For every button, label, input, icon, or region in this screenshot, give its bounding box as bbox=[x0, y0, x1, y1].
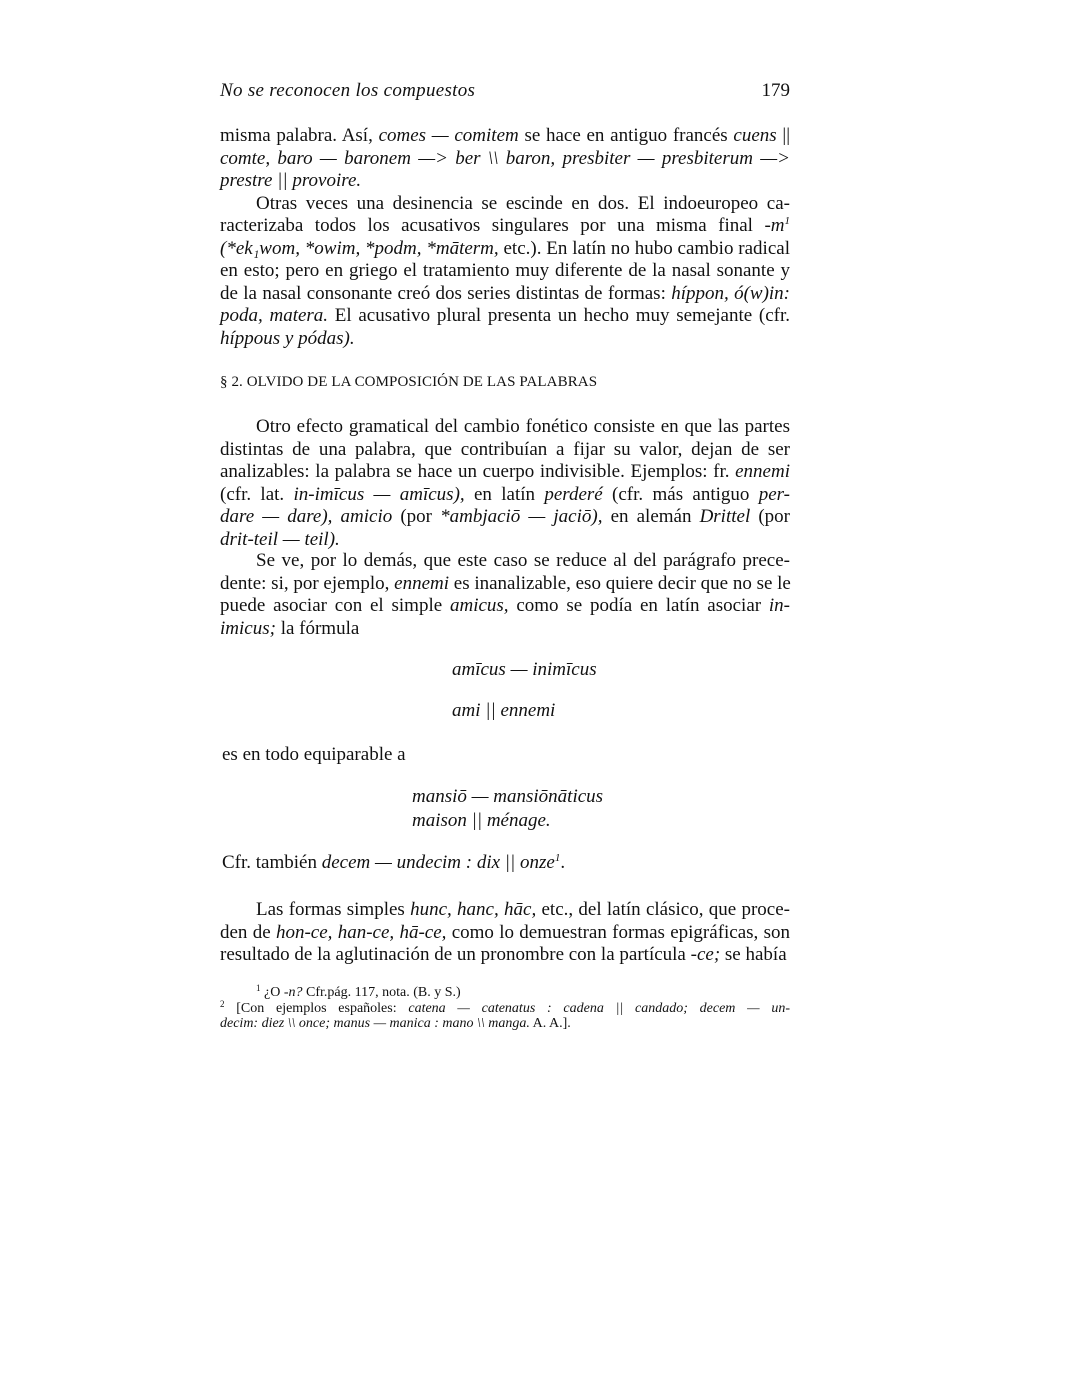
italic-run: Drittel bbox=[700, 506, 751, 527]
italic-run: drit-teil — teil). bbox=[220, 529, 340, 550]
text-line: Otras veces una desinencia se escinde en… bbox=[220, 193, 790, 216]
text-run[interactable]: A. A.]. bbox=[530, 1016, 571, 1031]
text-run[interactable]: en alemán bbox=[602, 506, 699, 527]
text-run[interactable]: (por bbox=[750, 506, 790, 527]
text-line: Las formas simples hunc, hanc, hāc, etc.… bbox=[220, 899, 790, 922]
text-line: poda, matera. El acusativo plural presen… bbox=[220, 305, 790, 328]
text-run[interactable]: como lo demuestran formas epigráficas, s… bbox=[446, 922, 790, 943]
paragraph-desinencia: Otras veces una desinencia se escinde en… bbox=[220, 193, 790, 351]
text-line: dente: si, por ejemplo, ennemi es inanal… bbox=[220, 573, 790, 596]
cfr-prefix: Cfr. también bbox=[222, 852, 322, 873]
formula-mansio-line-1: mansiō — mansiōnāticus bbox=[412, 786, 603, 808]
text-run[interactable]: misma palabra. Así, bbox=[220, 125, 379, 146]
text-line: puede asociar con el simple amicus, como… bbox=[220, 595, 790, 618]
text-run[interactable]: es inanalizable, eso quiere decir que no… bbox=[449, 573, 791, 594]
italic-run: in- bbox=[769, 595, 790, 616]
italic-run: poda, matera. bbox=[220, 305, 328, 326]
text-run[interactable]: || bbox=[777, 125, 790, 146]
text-run[interactable]: Cfr.pág. 117, nota. (B. y S.) bbox=[303, 985, 461, 1000]
text-line: dare — dare), amicio (por *ambjaciō — ja… bbox=[220, 506, 790, 529]
text-run[interactable]: en latín bbox=[465, 484, 545, 505]
paragraph-continued: misma palabra. Así, comes — comitem se h… bbox=[220, 125, 790, 193]
running-head-title: No se reconocen los compuestos bbox=[220, 80, 475, 102]
italic-run: híppon, ó(w)in: bbox=[671, 283, 790, 304]
italic-run: cuens bbox=[733, 125, 776, 146]
running-head: No se reconocen los compuestos 179 bbox=[220, 80, 790, 106]
italic-run: catena — catenatus : cadena || candado; … bbox=[408, 1001, 790, 1016]
italic-run: perderé bbox=[544, 484, 602, 505]
footnotes: 1 ¿O -n? Cfr.pág. 117, nota. (B. y S.) 2… bbox=[220, 985, 790, 1032]
text-run[interactable]: se hace en antiguo francés bbox=[519, 125, 734, 146]
italic-run: ennemi bbox=[394, 573, 449, 594]
italic-run: hunc, hanc, hāc, bbox=[410, 899, 536, 920]
section-heading: § 2. OLVIDO DE LA COMPOSICIÓN DE LAS PAL… bbox=[220, 374, 597, 391]
text-line: (*ek₁wom, *owim, *podm, *māterm, etc.). … bbox=[220, 238, 790, 261]
text-run[interactable]: racterizaba todos los acusativos singula… bbox=[220, 215, 764, 236]
formula-amicus-line-2: ami || ennemi bbox=[452, 700, 555, 722]
text-run[interactable]: analizables: la palabra se hace un cuerp… bbox=[220, 461, 735, 482]
text-run[interactable]: etc.). En latín no hubo cambio radical bbox=[499, 238, 790, 259]
italic-run: hon-ce, han-ce, hā-ce, bbox=[276, 922, 446, 943]
footnote-1: 1 ¿O -n? Cfr.pág. 117, nota. (B. y S.) bbox=[220, 985, 790, 1001]
text-line: resultado de la aglutinación de un prono… bbox=[220, 944, 790, 967]
text-run[interactable]: como se podía en latín asociar bbox=[509, 595, 769, 616]
italic-run: prestre || provoire. bbox=[220, 170, 361, 191]
italic-run: per- bbox=[759, 484, 790, 505]
cfr-line: Cfr. también decem — undecim : dix || on… bbox=[222, 852, 565, 874]
paragraph-efecto-gramatical: Otro efecto gramatical del cambio fonéti… bbox=[220, 416, 790, 551]
italic-run: (*ek₁wom, *owim, *podm, *māterm, bbox=[220, 238, 499, 259]
text-line: prestre || provoire. bbox=[220, 170, 790, 193]
text-run[interactable]: Se ve, por lo demás, que este caso se re… bbox=[256, 550, 790, 571]
text-line: Otro efecto gramatical del cambio fonéti… bbox=[220, 416, 790, 439]
text-line: de la nasal consonante creó dos series d… bbox=[220, 283, 790, 306]
text-line: Se ve, por lo demás, que este caso se re… bbox=[220, 550, 790, 573]
footnote-mark: 1 bbox=[256, 983, 261, 993]
italic-run: dare — dare), amicio bbox=[220, 506, 392, 527]
text-run[interactable]: [Con ejemplos españoles: bbox=[236, 1001, 408, 1016]
formula-amicus-line-1: amīcus — inimīcus bbox=[452, 659, 597, 681]
italic-run: híppous y pódas). bbox=[220, 328, 355, 349]
italic-run: comes — comitem bbox=[379, 125, 519, 146]
italic-run: ennemi bbox=[735, 461, 790, 482]
text-line: comte, baro — baronem —> ber \\ baron, p… bbox=[220, 148, 790, 171]
text-run[interactable]: Otro efecto gramatical del cambio fonéti… bbox=[256, 416, 790, 437]
italic-run: comte, baro — baronem —> ber \\ baron, p… bbox=[220, 148, 790, 169]
footnote-mark: 2 bbox=[220, 999, 225, 1009]
text-run[interactable]: El acusativo plural presenta un hecho mu… bbox=[328, 305, 790, 326]
equiparable-text: es en todo equiparable a bbox=[222, 744, 406, 766]
italic-run: amicus, bbox=[450, 595, 509, 616]
footnote-ref[interactable]: 1 bbox=[785, 215, 791, 227]
text-run[interactable]: Las formas simples bbox=[256, 899, 410, 920]
text-line: analizables: la palabra se hace un cuerp… bbox=[220, 461, 790, 484]
text-run[interactable]: Otras veces una desinencia se escinde en… bbox=[256, 193, 790, 214]
italic-run: in-imīcus — amīcus), bbox=[294, 484, 465, 505]
text-run[interactable]: etc., del latín clásico, que proce- bbox=[536, 899, 790, 920]
text-run[interactable]: (por bbox=[392, 506, 440, 527]
cfr-suffix: . bbox=[560, 852, 565, 873]
footnote-line: decim: diez \\ once; manus — manica : ma… bbox=[220, 1016, 790, 1032]
text-run[interactable]: distintas de una palabra, que contribuía… bbox=[220, 439, 790, 460]
italic-run: *ambjaciō — jaciō), bbox=[440, 506, 602, 527]
text-run[interactable]: de la nasal consonante creó dos series d… bbox=[220, 283, 671, 304]
text-run[interactable]: (cfr. más antiguo bbox=[603, 484, 759, 505]
text-line: (cfr. lat. in-imīcus — amīcus), en latín… bbox=[220, 484, 790, 507]
cfr-italic: decem — undecim : dix || onze bbox=[322, 852, 555, 873]
italic-run: -n? bbox=[284, 985, 303, 1000]
text-run[interactable]: puede asociar con el simple bbox=[220, 595, 450, 616]
text-line: imicus; la fórmula bbox=[220, 618, 790, 641]
italic-run: imicus; bbox=[220, 618, 276, 639]
footnote-2: 2 [Con ejemplos españoles: catena — cate… bbox=[220, 1001, 790, 1032]
text-run[interactable]: ¿O bbox=[264, 985, 284, 1000]
text-line: híppous y pódas). bbox=[220, 328, 790, 351]
text-run[interactable]: en esto; pero en griego el tratamiento m… bbox=[220, 260, 790, 281]
paragraph-se-ve: Se ve, por lo demás, que este caso se re… bbox=[220, 550, 790, 640]
text-run[interactable]: resultado de la aglutinación de un prono… bbox=[220, 944, 691, 965]
text-run[interactable]: la fórmula bbox=[276, 618, 359, 639]
page-number: 179 bbox=[762, 80, 791, 102]
text-line: den de hon-ce, han-ce, hā-ce, como lo de… bbox=[220, 922, 790, 945]
text-run[interactable]: se había bbox=[720, 944, 786, 965]
text-run[interactable]: (cfr. lat. bbox=[220, 484, 294, 505]
text-line: en esto; pero en griego el tratamiento m… bbox=[220, 260, 790, 283]
italic-run: -ce; bbox=[691, 944, 721, 965]
paragraph-formas-simples: Las formas simples hunc, hanc, hāc, etc.… bbox=[220, 899, 790, 967]
footnote-line: 2 [Con ejemplos españoles: catena — cate… bbox=[220, 1001, 790, 1017]
text-run[interactable]: dente: si, por ejemplo, bbox=[220, 573, 394, 594]
italic-run: decim: diez \\ once; manus — manica : ma… bbox=[220, 1016, 530, 1031]
formula-mansio-line-2: maison || ménage. bbox=[412, 810, 551, 832]
text-line: drit-teil — teil). bbox=[220, 529, 790, 552]
text-run[interactable]: den de bbox=[220, 922, 276, 943]
text-line: distintas de una palabra, que contribuía… bbox=[220, 439, 790, 462]
italic-run: -m bbox=[764, 215, 784, 236]
text-line: racterizaba todos los acusativos singula… bbox=[220, 215, 790, 238]
text-line: misma palabra. Así, comes — comitem se h… bbox=[220, 125, 790, 148]
